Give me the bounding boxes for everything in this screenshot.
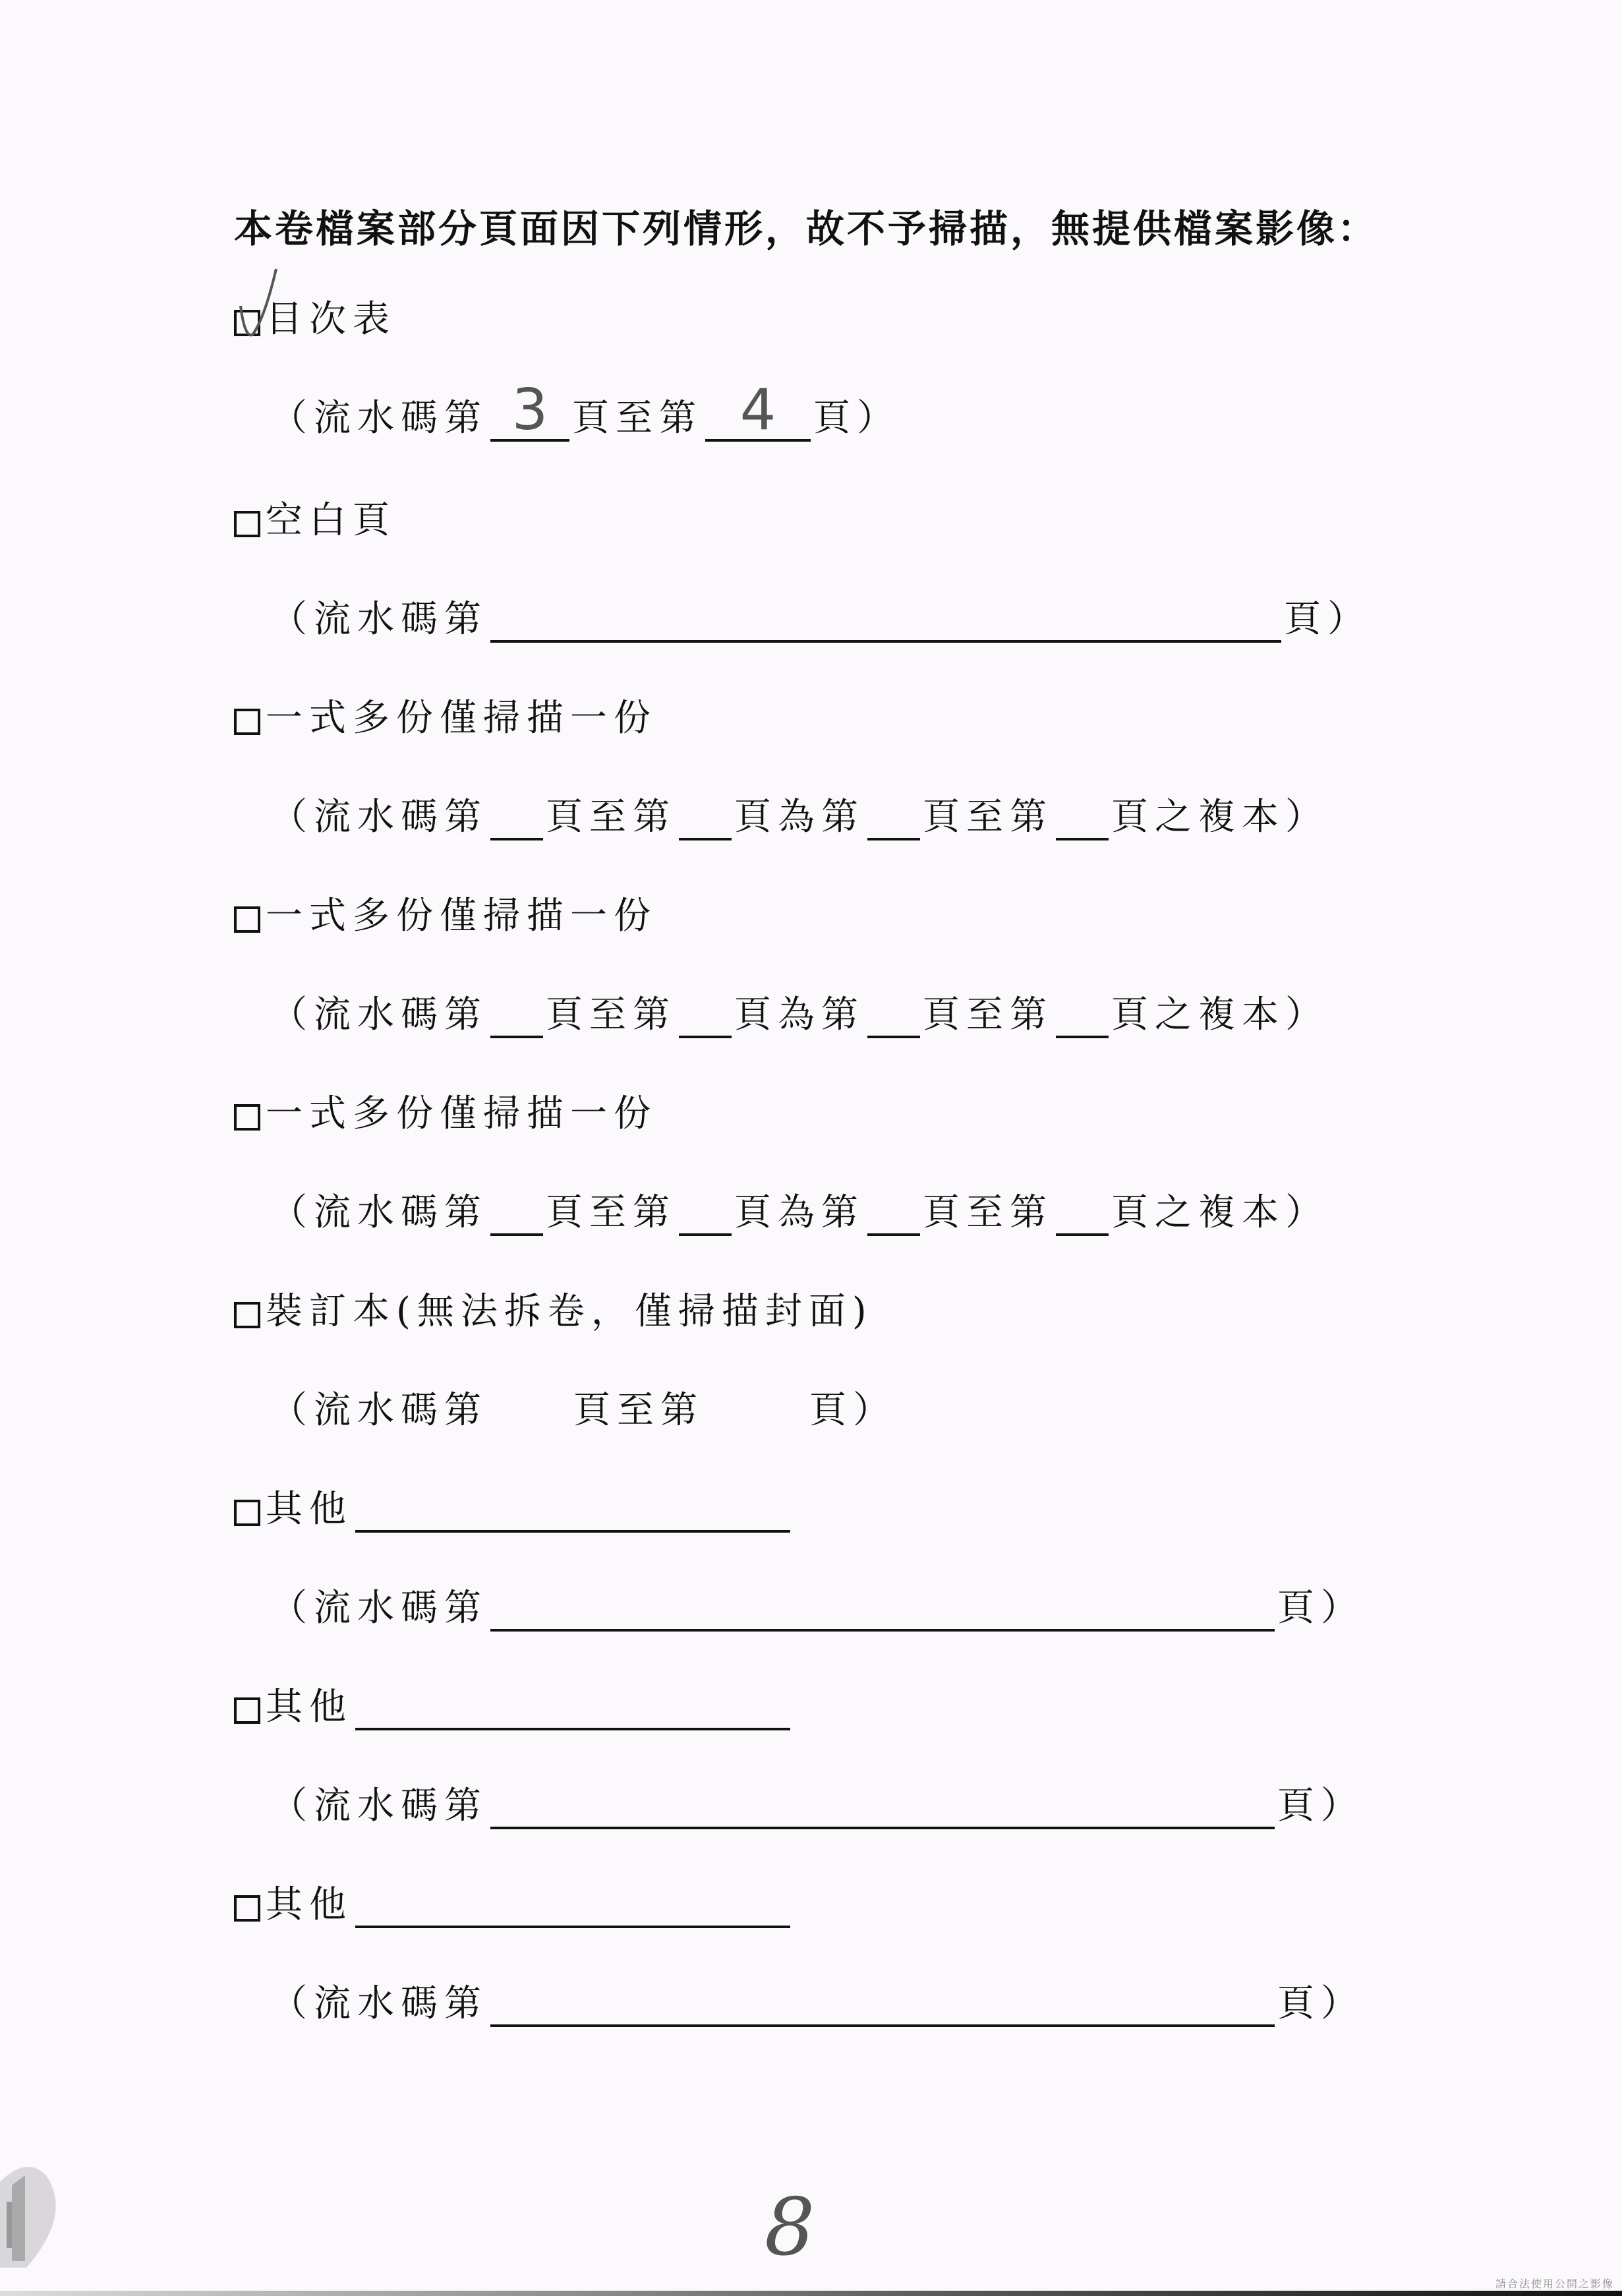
page-field[interactable] bbox=[867, 1207, 920, 1236]
to-page-field[interactable]: 4 bbox=[705, 413, 811, 442]
checkbox-toc[interactable] bbox=[234, 310, 260, 336]
detail-text: 頁為第 bbox=[734, 1183, 865, 1236]
other-description-field[interactable] bbox=[355, 1899, 790, 1928]
handwritten-page-number: 8 bbox=[765, 2182, 815, 2274]
detail-text: （流水碼第 bbox=[270, 1777, 488, 1829]
detail-text: （流水碼第 bbox=[270, 389, 488, 442]
detail-text: 頁至第 bbox=[923, 788, 1053, 840]
handwritten-check-icon bbox=[233, 266, 285, 345]
item-label: 空白頁 bbox=[266, 491, 396, 544]
page-field[interactable] bbox=[679, 1009, 732, 1038]
item-multi-copy-3-detail: （流水碼第 頁至第 頁為第 頁至第 頁之複本） bbox=[270, 1183, 1329, 1236]
other-description-field[interactable] bbox=[355, 1701, 790, 1730]
item-label: 一式多份僅掃描一份 bbox=[266, 887, 657, 939]
detail-text: 頁） bbox=[1284, 590, 1371, 643]
page-heading: 本卷檔案部分頁面因下列情形，故不予掃描，無提供檔案影像： bbox=[234, 198, 1378, 253]
handwritten-value: 4 bbox=[740, 377, 776, 443]
item-other-3: 其他 bbox=[234, 1875, 793, 1928]
page-field[interactable] bbox=[1056, 811, 1109, 840]
detail-text: （流水碼第 bbox=[270, 1183, 488, 1236]
detail-text: 頁之複本） bbox=[1111, 986, 1329, 1038]
item-multi-copy-3: 一式多份僅掃描一份 bbox=[234, 1084, 657, 1137]
page-field[interactable] bbox=[867, 811, 920, 840]
item-label: 裝訂本(無法拆卷，僅掃描封面) bbox=[266, 1282, 873, 1335]
detail-text: （流水碼第 bbox=[270, 788, 488, 840]
footer-note: 請合法使用公開之影像 bbox=[1495, 2276, 1614, 2291]
item-toc-detail: （流水碼第 3 頁至第 4 頁） bbox=[270, 389, 900, 442]
detail-text: （流水碼第 bbox=[270, 986, 488, 1038]
detail-text: 頁至第 bbox=[546, 1183, 676, 1236]
detail-text: （流水碼第 bbox=[270, 1579, 488, 1632]
item-other-1: 其他 bbox=[234, 1480, 793, 1533]
item-other-1-detail: （流水碼第 頁） bbox=[270, 1579, 1364, 1632]
page-range-field[interactable] bbox=[490, 1800, 1275, 1829]
detail-text: 頁） bbox=[1277, 1974, 1364, 2027]
detail-text: 頁） bbox=[1277, 1579, 1364, 1632]
page-field[interactable] bbox=[490, 811, 543, 840]
item-label: 一式多份僅掃描一份 bbox=[266, 1084, 657, 1137]
checkbox-other-2[interactable] bbox=[234, 1697, 260, 1724]
detail-text: 頁） bbox=[1277, 1777, 1364, 1829]
page-range-field[interactable] bbox=[490, 614, 1281, 643]
checkbox-blank-page[interactable] bbox=[234, 511, 260, 537]
detail-text: 頁） bbox=[809, 1381, 896, 1434]
item-bound-volume-detail: （流水碼第 頁至第 頁） bbox=[270, 1381, 896, 1434]
item-label: 一式多份僅掃描一份 bbox=[266, 689, 657, 742]
handwritten-value: 3 bbox=[512, 377, 548, 443]
item-other-3-detail: （流水碼第 頁） bbox=[270, 1974, 1364, 2027]
detail-text: 頁至第 bbox=[923, 986, 1053, 1038]
checkbox-bound-volume[interactable] bbox=[234, 1302, 260, 1328]
page-field[interactable] bbox=[490, 1207, 543, 1236]
page-range-field[interactable] bbox=[490, 1998, 1275, 2027]
page-range-field[interactable] bbox=[490, 1603, 1275, 1632]
detail-text: 頁之複本） bbox=[1111, 788, 1329, 840]
other-description-field[interactable] bbox=[355, 1504, 790, 1533]
item-multi-copy-1: 一式多份僅掃描一份 bbox=[234, 689, 657, 742]
item-blank-page: 空白頁 bbox=[234, 491, 396, 544]
archive-logo-icon bbox=[0, 2162, 59, 2268]
item-multi-copy-1-detail: （流水碼第 頁至第 頁為第 頁至第 頁之複本） bbox=[270, 788, 1329, 840]
detail-text: （流水碼第 bbox=[270, 590, 488, 643]
detail-text: 頁至第 bbox=[923, 1183, 1053, 1236]
checkbox-other-3[interactable] bbox=[234, 1895, 260, 1922]
detail-text: 頁之複本） bbox=[1111, 1183, 1329, 1236]
detail-text: 頁至第 bbox=[546, 788, 676, 840]
item-label: 其他 bbox=[266, 1480, 353, 1533]
detail-text: 頁至第 bbox=[546, 986, 676, 1038]
detail-text: （流水碼第 bbox=[270, 1974, 488, 2027]
item-label: 其他 bbox=[266, 1678, 353, 1730]
checkbox-multi-copy-2[interactable] bbox=[234, 906, 260, 933]
item-multi-copy-2: 一式多份僅掃描一份 bbox=[234, 887, 657, 939]
item-label: 其他 bbox=[266, 1875, 353, 1928]
checkbox-multi-copy-3[interactable] bbox=[234, 1104, 260, 1131]
scan-edge bbox=[0, 2291, 1622, 2296]
page-field[interactable] bbox=[679, 1207, 732, 1236]
checkbox-other-1[interactable] bbox=[234, 1500, 260, 1526]
page-field[interactable] bbox=[490, 1009, 543, 1038]
item-bound-volume: 裝訂本(無法拆卷，僅掃描封面) bbox=[234, 1282, 873, 1335]
detail-text: 頁至第 bbox=[572, 389, 703, 442]
detail-text: 頁至第 bbox=[573, 1381, 704, 1434]
page-field[interactable] bbox=[1056, 1207, 1109, 1236]
page-field[interactable] bbox=[679, 811, 732, 840]
page-field[interactable] bbox=[1056, 1009, 1109, 1038]
from-page-field[interactable]: 3 bbox=[490, 413, 569, 442]
detail-text: 頁為第 bbox=[734, 788, 865, 840]
detail-text: （流水碼第 bbox=[270, 1381, 488, 1434]
item-toc: 目次表 bbox=[234, 290, 396, 343]
item-other-2: 其他 bbox=[234, 1678, 793, 1730]
detail-text: 頁為第 bbox=[734, 986, 865, 1038]
item-multi-copy-2-detail: （流水碼第 頁至第 頁為第 頁至第 頁之複本） bbox=[270, 986, 1329, 1038]
page-field[interactable] bbox=[867, 1009, 920, 1038]
item-other-2-detail: （流水碼第 頁） bbox=[270, 1777, 1364, 1829]
item-blank-page-detail: （流水碼第 頁） bbox=[270, 590, 1371, 643]
checkbox-multi-copy-1[interactable] bbox=[234, 709, 260, 735]
detail-text: 頁） bbox=[813, 389, 900, 442]
